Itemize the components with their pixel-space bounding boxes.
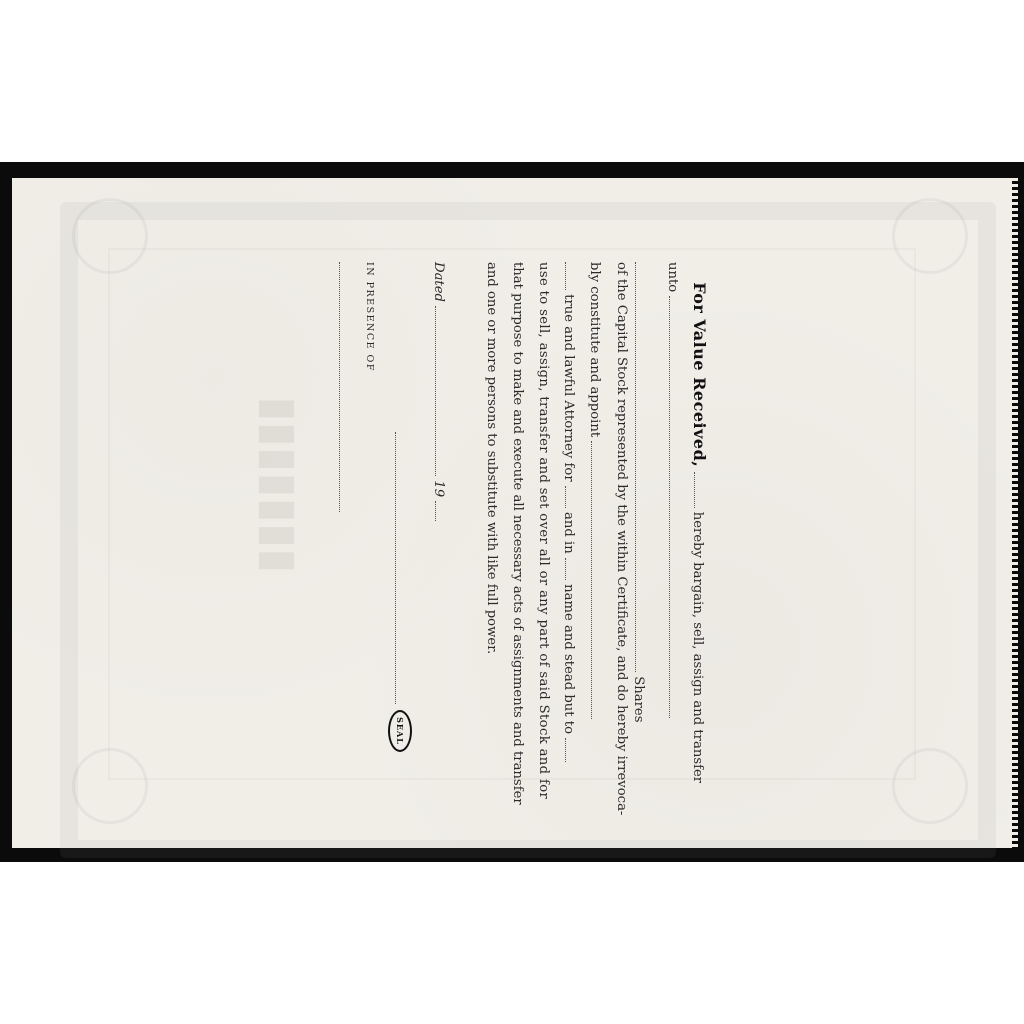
- signature-line: [390, 432, 408, 704]
- assignment-text: true and lawful Attorney for: [561, 294, 576, 481]
- in-presence-of-label: IN PRESENCE OF: [364, 262, 375, 372]
- assignment-text: use to sell, assign, transfer and set ov…: [536, 262, 551, 799]
- assignment-text: hereby bargain, sell, assign and transfe…: [690, 512, 705, 783]
- show-through-title: ▮▮▮▮▮▮▮: [254, 396, 308, 573]
- assignment-text: of the Capital Stock represented by the …: [614, 262, 629, 815]
- show-through-corner-ornament: [892, 198, 968, 274]
- for-value-received-heading: For Value Received,: [690, 282, 709, 467]
- assignment-text: bly constitute and appoint: [587, 262, 602, 437]
- assignment-form: For Value Received, hereby bargain, sell…: [318, 262, 718, 762]
- attorney-blank[interactable]: [591, 441, 604, 719]
- assignment-line-1: For Value Received, hereby bargain, sell…: [690, 262, 708, 783]
- assignment-line-8: and one or more persons to substitute wi…: [482, 262, 500, 654]
- assignor-blank[interactable]: [694, 472, 707, 508]
- assignment-line-3: of the Capital Stock represented by the …: [612, 262, 630, 815]
- attorney-name-blank[interactable]: [565, 262, 578, 290]
- witness-blank[interactable]: [339, 262, 352, 512]
- assignment-line-unto: unto: [664, 262, 682, 718]
- for-blank[interactable]: [565, 486, 578, 508]
- assignee-blank[interactable]: [669, 296, 682, 718]
- assignment-text: name and stead but to: [561, 584, 576, 734]
- dated-label: Dated: [431, 262, 446, 302]
- witness-line: [334, 262, 352, 512]
- perforated-edge: [1012, 178, 1018, 848]
- show-through-corner-ornament: [72, 198, 148, 274]
- assignment-text: that purpose to make and execute all nec…: [510, 262, 525, 805]
- assignment-text: and one or more persons to substitute wi…: [484, 262, 499, 654]
- signature-blank[interactable]: [395, 432, 408, 704]
- dated-line: Dated 19: [430, 262, 448, 521]
- seal-icon: SEAL: [388, 710, 412, 752]
- presence-line: IN PRESENCE OF: [360, 262, 378, 372]
- assignment-line-7: that purpose to make and execute all nec…: [508, 262, 526, 805]
- shares-count-blank[interactable]: [635, 262, 648, 672]
- assignment-line-6: use to sell, assign, transfer and set ov…: [534, 262, 552, 799]
- unto-label: unto: [665, 262, 680, 292]
- assignment-line-5: true and lawful Attorney for and in name…: [560, 262, 578, 762]
- shares-label: Shares: [631, 676, 646, 722]
- show-through-corner-ornament: [892, 748, 968, 824]
- in-blank[interactable]: [565, 558, 578, 580]
- year-prefix: 19: [431, 480, 446, 497]
- but-to-blank[interactable]: [565, 738, 578, 762]
- year-blank[interactable]: [435, 501, 448, 521]
- assignment-text: and in: [561, 512, 576, 554]
- assignment-line-4: bly constitute and appoint: [586, 262, 604, 719]
- assignment-line-shares: Shares: [630, 262, 648, 722]
- show-through-corner-ornament: [72, 748, 148, 824]
- date-blank[interactable]: [435, 306, 448, 476]
